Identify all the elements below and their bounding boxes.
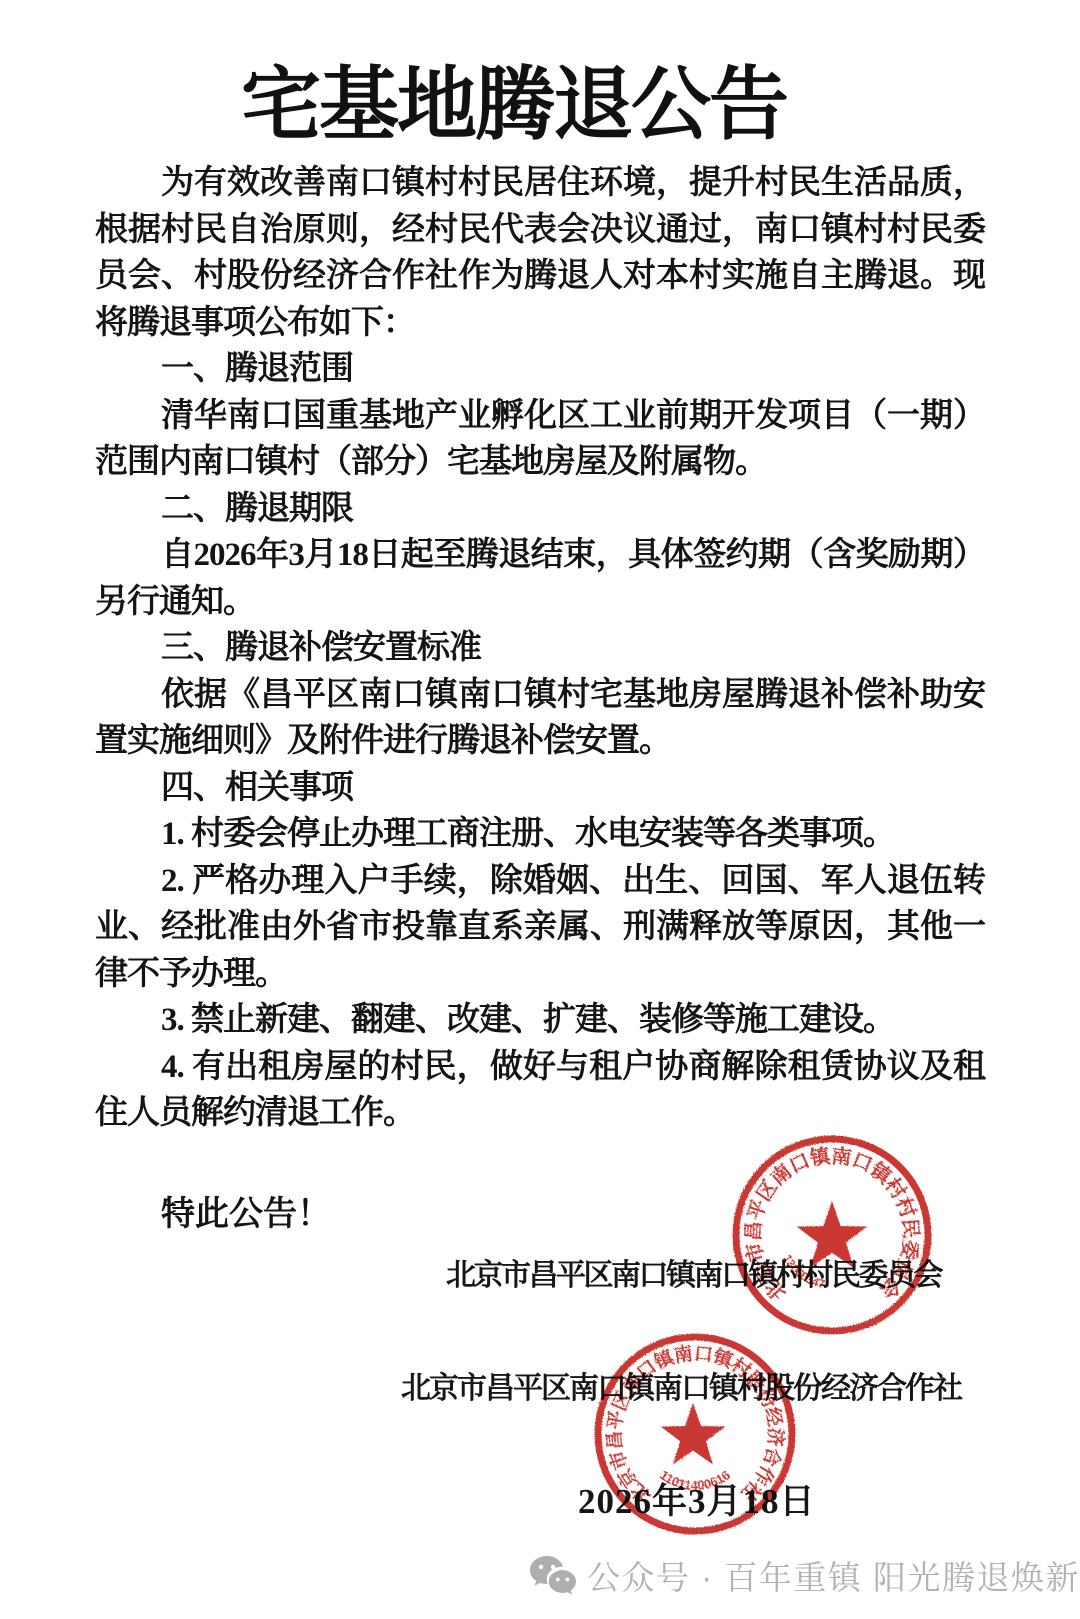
closing-statement: 特此公告！	[161, 1186, 331, 1235]
section-heading: 二、腾退期限	[95, 486, 985, 533]
notice-date: 2026年3月18日	[578, 1474, 816, 1524]
body-paragraph: 2. 严格办理入户手续，除婚姻、出生、回国、军人退伍转业、经批准由外省市投靠直系…	[95, 858, 985, 998]
signature-cooperative: 北京市昌平区南口镇南口镇村股份经济合作社	[401, 1363, 961, 1407]
body-paragraph: 为有效改善南口镇村村民居住环境，提升村民生活品质，根据村民自治原则，经村民代表会…	[95, 160, 985, 346]
section-heading: 一、腾退范围	[95, 346, 985, 393]
section-heading: 三、腾退补偿安置标准	[95, 625, 985, 672]
body-text: 为有效改善南口镇村村民居住环境，提升村民生活品质，根据村民自治原则，经村民代表会…	[95, 160, 985, 1137]
signature-committee: 北京市昌平区南口镇南口镇村村民委员会	[446, 1250, 941, 1294]
wechat-icon	[528, 1554, 578, 1598]
body-paragraph: 自2026年3月18日起至腾退结束，具体签约期（含奖励期）另行通知。	[95, 532, 985, 625]
section-heading: 四、相关事项	[95, 765, 985, 812]
footer-watermark-label: 公众号 · 百年重镇 阳光腾退焕新颜	[587, 1552, 1080, 1599]
page-title: 宅基地腾退公告	[0, 40, 1028, 155]
notice-document: 宅基地腾退公告 为有效改善南口镇村村民居住环境，提升村民生活品质，根据村民自治原…	[0, 0, 1080, 1619]
body-paragraph: 4. 有出租房屋的村民，做好与租户协商解除租赁协议及租住人员解约清退工作。	[95, 1044, 985, 1137]
footer-watermark: 公众号 · 百年重镇 阳光腾退焕新颜	[528, 1552, 1080, 1599]
official-seal-committee: 北京市昌平区南口镇南口镇村村民委员会 13060347	[736, 1139, 928, 1331]
body-paragraph: 清华南口国重基地产业孵化区工业前期开发项目（一期）范围内南口镇村（部分）宅基地房…	[95, 393, 985, 486]
body-paragraph: 3. 禁止新建、翻建、改建、扩建、装修等施工建设。	[95, 997, 985, 1044]
seal-ring	[736, 1139, 928, 1331]
body-paragraph: 1. 村委会停止办理工商注册、水电安装等各类事项。	[95, 811, 985, 858]
body-paragraph: 依据《昌平区南口镇南口镇村宅基地房屋腾退补偿补助安置实施细则》及附件进行腾退补偿…	[95, 672, 985, 765]
star-icon	[661, 1403, 726, 1465]
